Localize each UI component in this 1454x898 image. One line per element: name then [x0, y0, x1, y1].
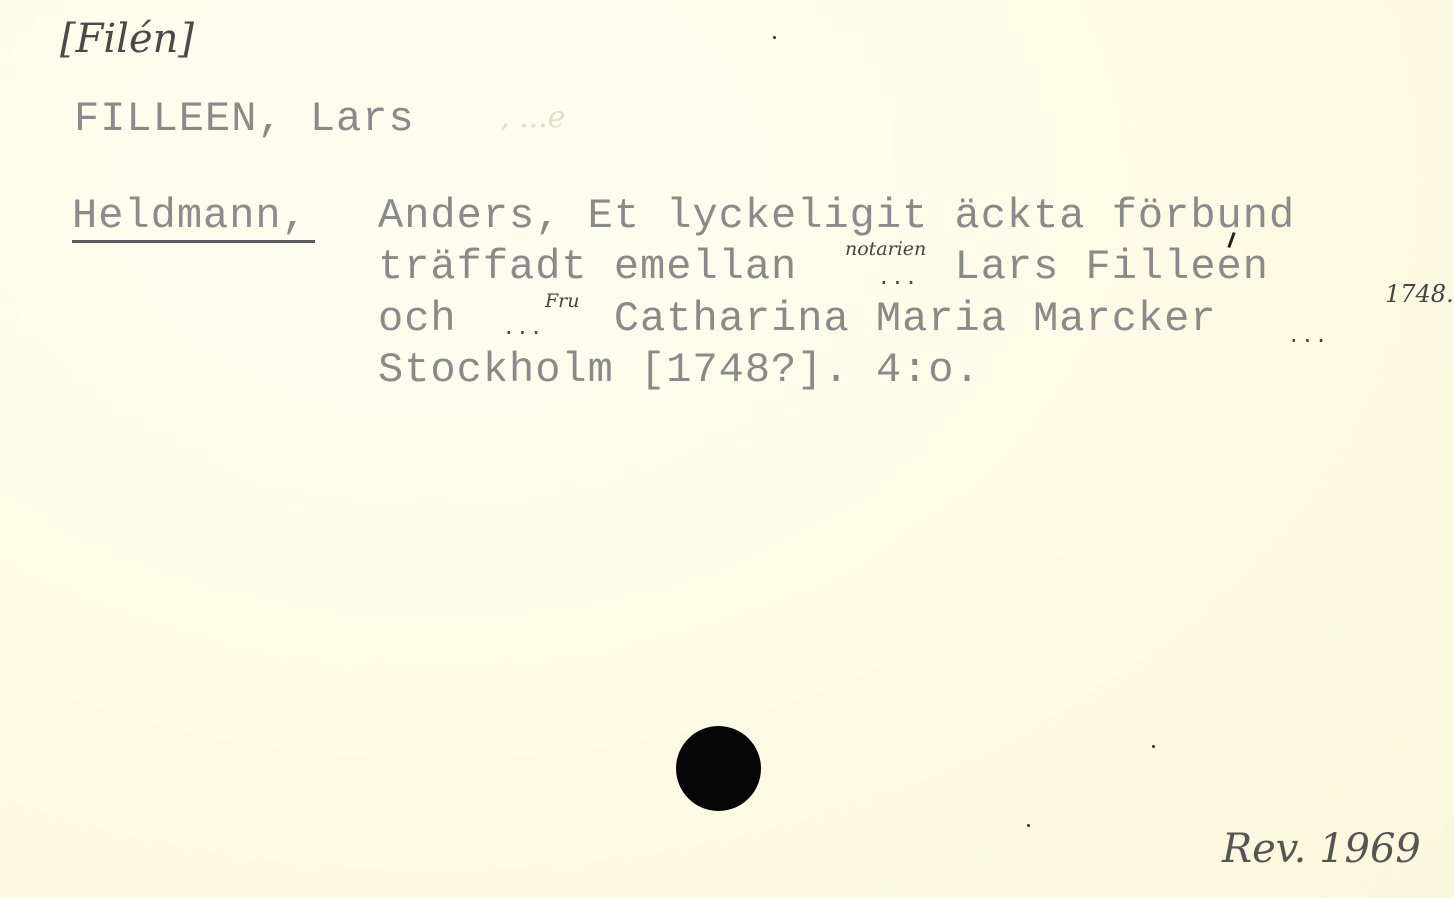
description-line-3: och Catharina Maria Marcker — [378, 298, 1217, 340]
annotation-notarien: notarien — [845, 238, 926, 260]
description-line-4: Stockholm [1748?]. 4:o. — [378, 349, 981, 391]
description-line-2: träffadt emellan Lars Filleen — [378, 246, 1269, 288]
faint-pencil-note: , ...e — [500, 100, 565, 135]
ink-speck — [1152, 745, 1155, 748]
typed-heading: FILLEEN, Lars — [74, 98, 415, 140]
author-name: Heldmann, — [72, 195, 308, 237]
punch-hole — [676, 726, 761, 811]
ellipsis-mark: ... — [880, 262, 921, 290]
ink-speck — [773, 36, 776, 39]
revision-note: Rev. 1969 — [1222, 826, 1421, 872]
ellipsis-mark: ... — [1290, 320, 1331, 348]
ink-speck — [1027, 824, 1030, 827]
annotation-fru: Fru — [545, 290, 580, 312]
author-underline — [72, 240, 315, 243]
description-line-1: Anders, Et lyckeligit äckta förbund — [378, 195, 1295, 237]
ellipsis-mark: ... — [505, 312, 546, 340]
annotation-date: 1748... — [1385, 280, 1454, 308]
handwritten-heading: [Filén] — [60, 16, 194, 62]
catalog-card: [Filén] FILLEEN, Lars , ...e Heldmann, A… — [0, 0, 1454, 898]
